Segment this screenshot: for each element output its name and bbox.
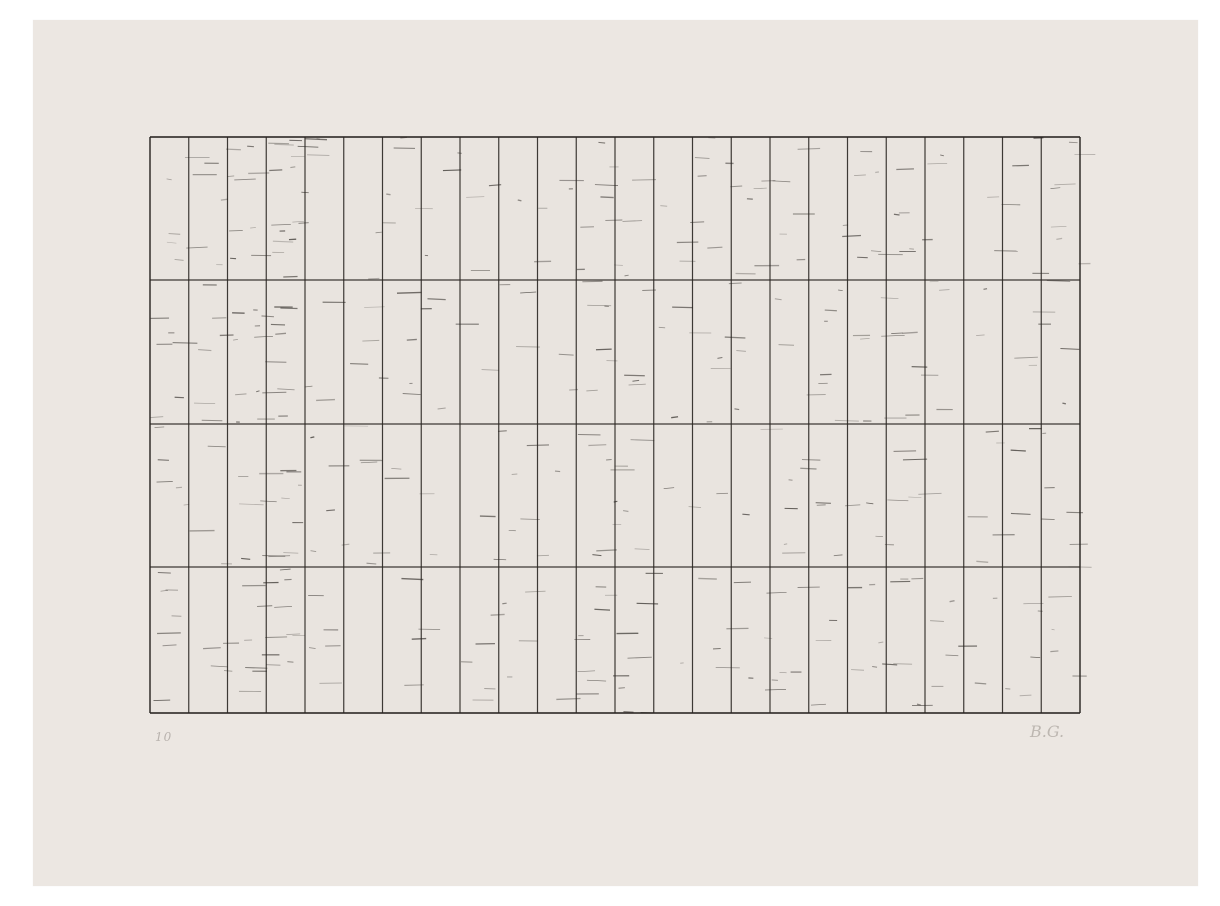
grid-line [226,149,241,150]
grid-line [625,275,629,276]
grid-line [274,144,293,145]
grid-line [491,614,505,615]
grid-line [802,460,820,461]
grid-line [298,223,308,224]
grid-line [407,339,417,340]
grid-line [871,251,881,252]
grid-line [698,176,707,177]
grid-line [273,241,293,242]
grid-line [689,507,701,508]
grid-line [1052,629,1055,630]
grid-line [516,346,540,347]
grid-line [502,603,506,604]
grid-line [1030,657,1040,658]
grid-line [624,375,645,376]
grid-line [930,621,944,622]
grid-line [364,307,384,308]
grid-line [316,400,335,401]
grid-line [248,173,269,174]
grid-line [224,671,232,672]
grid-line [256,391,259,392]
grid-line [866,503,873,504]
grid-line [326,510,335,511]
grid-line [596,550,616,551]
grid-line [412,639,426,640]
grid-line [271,224,291,225]
grid-line [527,445,549,446]
grid-line [587,305,611,306]
grid-line [361,462,377,463]
grid-line [403,394,421,395]
grid-line [262,555,285,556]
grid-line [367,563,377,564]
grid-line [851,670,864,671]
grid-line [157,633,181,634]
grid-line [257,606,272,607]
grid-line [269,170,282,171]
grid-line [784,544,787,545]
grid-line [623,511,628,512]
grid-line [262,392,286,393]
grid-line [362,340,379,341]
grid-line [695,158,710,159]
grid-line [482,370,499,371]
grid-line [588,445,606,446]
grid-line [632,180,656,181]
etched-grid [0,0,1220,906]
grid-line [1062,403,1065,404]
grid-line [811,704,826,705]
grid-line [860,338,869,339]
grid-line [1051,226,1067,227]
grid-line [698,578,717,579]
grid-line [902,332,917,333]
grid-line [903,459,927,460]
grid-line [780,672,787,673]
grid-line [163,645,177,646]
artist-signature: B.G. [1030,722,1064,741]
grid-line [909,249,914,250]
grid-line [628,657,652,658]
grid-line [427,299,445,300]
grid-line [1014,357,1038,358]
grid-line [775,299,782,300]
grid-line [266,665,280,666]
grid-line [1050,188,1060,189]
grid-line [912,367,928,368]
grid-line [881,335,904,336]
grid-line [1041,519,1054,520]
grid-line [397,292,422,293]
grid-line [292,221,303,222]
grid-line [494,559,507,560]
grid-line [623,712,633,713]
grid-line [241,558,250,559]
grid-line [233,339,238,340]
grid-line [592,555,601,556]
grid-line [161,590,168,591]
grid-line [596,349,612,350]
grid-line [234,179,255,180]
edition-number: 10 [155,730,172,744]
grid-line [525,591,545,592]
grid-line [717,358,722,359]
grid-line [305,139,327,140]
grid-line [891,333,903,334]
grid-line [734,582,751,583]
grid-line [635,549,650,550]
grid-line [789,480,793,481]
grid-line [950,601,955,602]
grid-line [730,186,742,187]
grid-line [994,251,1018,252]
grid-line [896,169,914,170]
grid-line [298,146,319,147]
grid-line [887,500,908,501]
grid-line [309,648,316,649]
grid-line [247,146,254,147]
grid-line [917,704,921,705]
grid-line [659,327,665,328]
grid-line [286,634,300,635]
grid-line [271,324,285,325]
grid-line [872,667,877,668]
grid-line [186,247,207,248]
grid-line [569,390,578,391]
grid-line [816,503,831,504]
grid-line [311,551,317,552]
grid-line [301,192,308,193]
grid-line [208,446,226,447]
grid-line [443,170,461,171]
grid-line [480,516,496,517]
grid-line [707,247,722,248]
grid-line [167,242,176,243]
grid-line [800,468,816,469]
grid-line [274,606,292,607]
grid-line [305,386,313,387]
grid-line [1054,184,1075,185]
grid-line [342,544,350,545]
grid-line [875,172,879,173]
grid-line [765,689,786,690]
grid-line [275,333,286,334]
grid-line [203,648,221,649]
grid-line [908,497,921,498]
grid-line [725,337,746,338]
grid-line [1047,281,1070,282]
grid-line [391,468,401,469]
grid-line [235,394,246,395]
grid-line [632,380,639,381]
grid-line [894,451,917,452]
grid-line [239,504,263,505]
grid-line [198,350,211,351]
grid-line [386,194,390,195]
grid-line [672,307,693,308]
grid-line [671,417,678,418]
grid-line [280,569,291,570]
grid-line [779,345,794,346]
grid-line [150,417,163,418]
grid-line [939,290,949,291]
grid-line [1048,597,1071,598]
grid-line [254,336,273,337]
grid-line [277,389,294,390]
grid-line [401,579,423,580]
grid-line [918,493,941,494]
grid-line [245,668,267,669]
grid-line [173,343,198,344]
grid-line [664,488,674,489]
grid-line [466,197,484,198]
grid-line [736,350,746,351]
grid-line [600,197,613,198]
grid-line [881,298,899,299]
grid-line [537,555,549,556]
grid-line [290,167,295,168]
grid-line [742,514,749,515]
grid-line [559,354,574,355]
grid-line [629,384,646,385]
grid-line [878,642,883,643]
grid-line [835,420,859,421]
grid-line [940,155,944,156]
grid-line [976,335,984,336]
grid-line [153,700,170,701]
grid-line [261,316,273,317]
grid-line [175,259,184,260]
grid-line [614,501,618,502]
grid-line [578,671,595,672]
grid-line [194,403,215,404]
grid-line [838,290,843,291]
grid-line [606,460,612,461]
grid-line [167,179,172,180]
grid-line [945,655,958,656]
grid-line [518,200,522,201]
grid-line [221,199,228,200]
grid-line [631,440,655,441]
grid-line [250,227,256,228]
grid-line [400,137,407,138]
grid-line [1056,238,1062,239]
grid-line [376,232,382,233]
grid-line [734,409,739,410]
grid-line [660,206,667,207]
grid-line [307,155,329,156]
grid-line [894,214,900,215]
grid-line [169,233,181,234]
grid-line [158,460,169,461]
grid-line [984,289,988,290]
grid-line [708,138,715,139]
grid-line [975,683,986,684]
grid-line [172,616,182,617]
grid-line [1050,651,1058,652]
grid-line [1011,450,1026,451]
grid-line [842,236,861,237]
grid-line [1060,349,1079,350]
grid-line [520,292,536,293]
grid-line [773,181,791,182]
grid-line [157,481,173,482]
grid-line [1011,513,1031,514]
grid-line [986,431,999,432]
grid-line [587,680,606,681]
grid-line [260,501,276,502]
grid-line [586,390,597,391]
grid-line [798,148,820,149]
grid-line [623,221,643,222]
grid-line [729,283,742,284]
grid-line [637,603,658,604]
grid-line [310,437,314,438]
grid-line [834,555,843,556]
grid-line [594,609,610,610]
grid-line [598,142,605,143]
grid-line [976,561,988,562]
grid-line [438,408,446,409]
grid-line [283,553,298,554]
grid-line [764,638,772,639]
grid-line [825,310,837,311]
grid-line [987,197,999,198]
grid-line [1020,695,1032,696]
grid-line [556,699,580,700]
grid-line [211,666,228,667]
grid-line [754,188,767,189]
grid-line [281,498,289,499]
